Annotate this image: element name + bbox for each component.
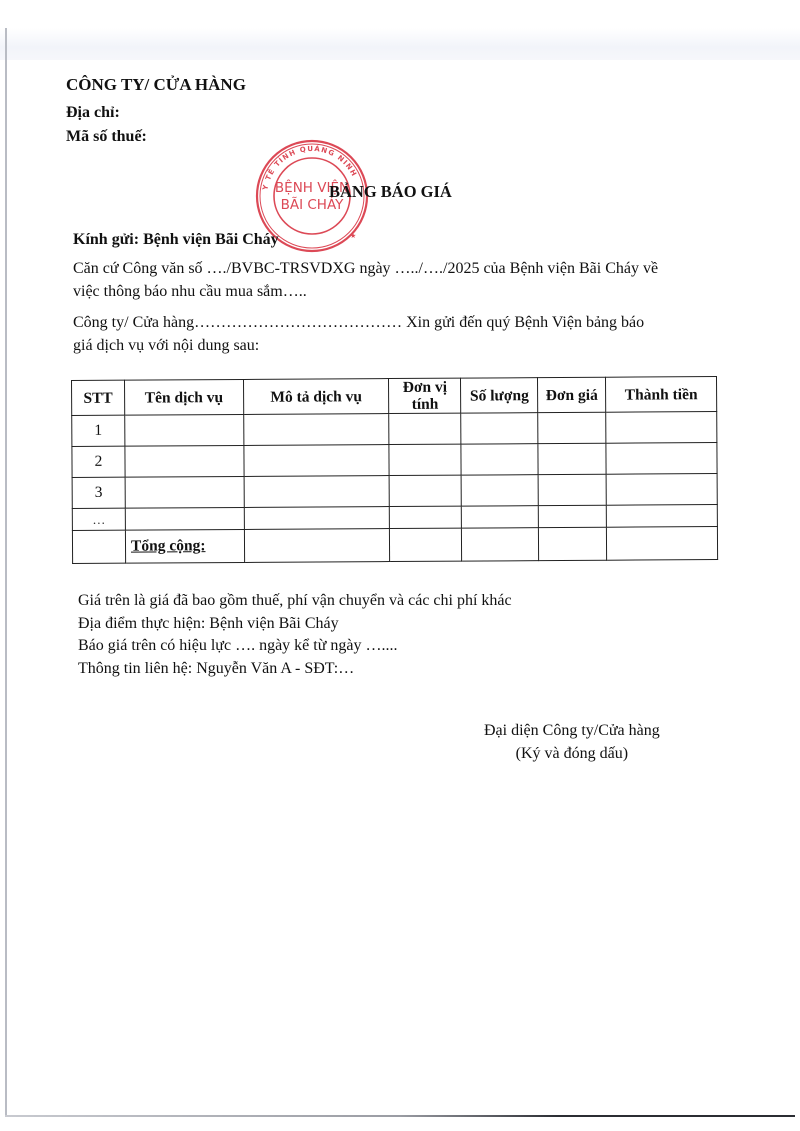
- tax-code-label: Mã số thuế:: [66, 128, 147, 146]
- header-total: Thành tiền: [606, 377, 717, 413]
- cell-total: [606, 412, 717, 444]
- cell-quantity: [462, 528, 539, 561]
- header-unit: Đơn vị tính: [389, 378, 461, 413]
- table-row: 1: [72, 412, 717, 447]
- page-edge-left: [5, 28, 7, 1116]
- cell-quantity: [461, 475, 538, 506]
- cell-quantity: [461, 413, 538, 444]
- cell-stt: [72, 530, 125, 563]
- cell-service-name: [125, 476, 244, 508]
- cell-total: [606, 474, 717, 506]
- paragraph-intro-line-2: giá dịch vụ với nội dung sau:: [73, 337, 259, 355]
- cell-unit-price: [539, 505, 607, 527]
- cell-unit: [389, 413, 461, 444]
- cell-description: [244, 529, 390, 563]
- paragraph-basis-line-1: Căn cứ Công văn số …./BVBC-TRSVDXG ngày …: [73, 260, 658, 278]
- cell-stt: 3: [72, 477, 125, 508]
- company-heading: CÔNG TY/ CỬA HÀNG: [66, 75, 246, 95]
- cell-unit-price: [539, 527, 607, 560]
- address-label: Địa chỉ:: [66, 104, 120, 122]
- cell-unit: [389, 475, 461, 506]
- svg-text:★: ★: [350, 232, 356, 240]
- scan-shading: [0, 28, 800, 60]
- header-stt: STT: [72, 380, 125, 415]
- table-row: 2: [72, 443, 717, 478]
- cell-description: [244, 507, 390, 530]
- cell-total: [606, 505, 717, 528]
- header-service-description: Mô tả dịch vụ: [243, 379, 389, 415]
- cell-stt: 2: [72, 446, 125, 477]
- cell-service-name: [125, 445, 244, 477]
- cell-stt: …: [72, 508, 125, 530]
- cell-grand-total: [607, 527, 718, 561]
- cell-service-name: [125, 507, 244, 530]
- note-validity: Báo giá trên có hiệu lực …. ngày kể từ n…: [78, 635, 512, 658]
- signature-instruction: (Ký và đóng dấu): [484, 743, 660, 766]
- recipient-line: Kính gửi: Bệnh viện Bãi Cháy: [73, 231, 279, 249]
- table-total-row: Tổng cộng:: [72, 527, 717, 564]
- total-label: Tổng cộng:: [125, 529, 244, 563]
- paragraph-intro-line-1: Công ty/ Cửa hàng………………………………… Xin gửi đ…: [73, 314, 644, 332]
- note-location: Địa điểm thực hiện: Bệnh viện Bãi Cháy: [78, 613, 512, 636]
- cell-description: [243, 414, 389, 446]
- cell-unit-price: [538, 474, 606, 505]
- cell-unit: [389, 444, 461, 475]
- document-title: BẢNG BÁO GIÁ: [329, 182, 452, 202]
- header-quantity: Số lượng: [461, 378, 538, 413]
- table-row: 3: [72, 474, 717, 509]
- cell-total: [606, 443, 717, 475]
- cell-quantity: [462, 506, 539, 528]
- notes-block: Giá trên là giá đã bao gồm thuế, phí vận…: [78, 590, 512, 680]
- cell-unit-price: [538, 412, 606, 443]
- cell-quantity: [461, 444, 538, 475]
- signature-block: Đại diện Công ty/Cửa hàng (Ký và đóng dấ…: [484, 720, 660, 765]
- table-header-row: STT Tên dịch vụ Mô tả dịch vụ Đơn vị tín…: [72, 377, 717, 416]
- cell-unit: [390, 528, 462, 561]
- signature-title: Đại diện Công ty/Cửa hàng: [484, 720, 660, 743]
- cell-unit-price: [538, 443, 606, 474]
- cell-description: [244, 476, 390, 508]
- header-unit-price: Đơn giá: [538, 377, 606, 412]
- cell-stt: 1: [72, 415, 125, 446]
- cell-description: [244, 445, 390, 477]
- note-contact: Thông tin liên hệ: Nguyễn Văn A - SĐT:…: [78, 658, 512, 681]
- note-price-includes: Giá trên là giá đã bao gồm thuế, phí vận…: [78, 590, 512, 613]
- page-edge-bottom: [5, 1115, 795, 1117]
- cell-unit: [390, 506, 462, 528]
- paragraph-basis-line-2: việc thông báo nhu cầu mua sắm…..: [73, 283, 307, 301]
- cell-service-name: [125, 414, 244, 446]
- quote-table: STT Tên dịch vụ Mô tả dịch vụ Đơn vị tín…: [71, 376, 718, 564]
- header-service-name: Tên dịch vụ: [124, 379, 243, 415]
